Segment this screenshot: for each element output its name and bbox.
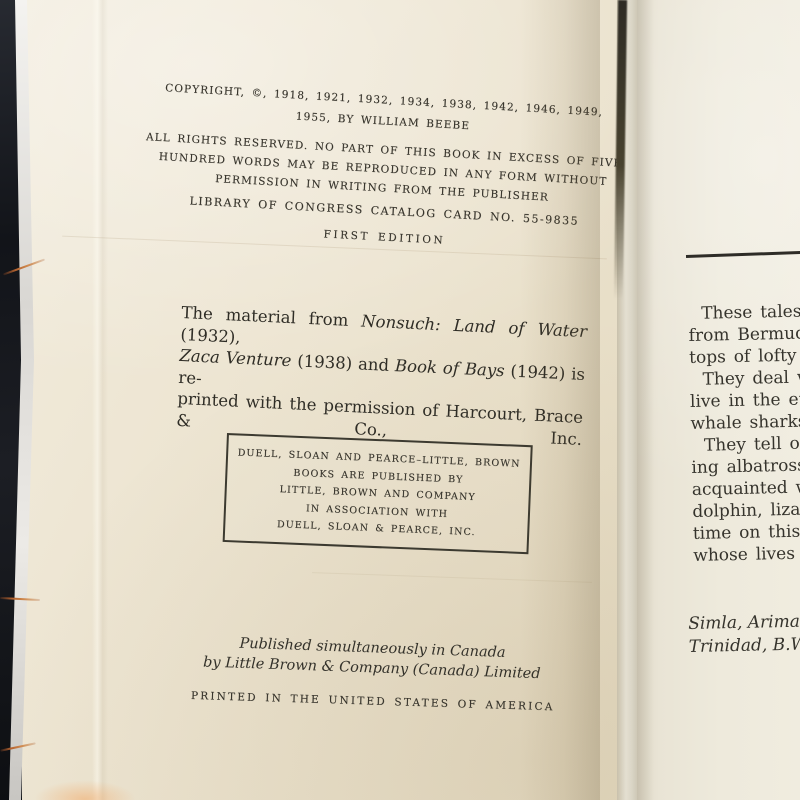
text-line-fragment: These tales co — [688, 300, 800, 325]
text-line-fragment: whose lives it is — [693, 542, 800, 567]
text-line-fragment: They tell of b — [691, 432, 800, 457]
text-line-fragment: tops of lofty jun — [689, 344, 800, 369]
text-line-fragment: live in the eter — [690, 388, 800, 413]
text-line-fragment: dolphin, lizard — [692, 498, 800, 523]
signature-line: Trinidad, B.W.I — [688, 632, 800, 658]
book-photo: COPYRIGHT, ©, 1918, 1921, 1932, 1934, 19… — [0, 0, 800, 800]
section-rule — [686, 251, 800, 258]
right-page: These tales cofrom Bermuda totops of lof… — [628, 0, 800, 800]
text-line-fragment: whale sharks in — [690, 410, 800, 435]
publisher-box: DUELL, SLOAN AND PEARCE–LITTLE, BROWNBOO… — [223, 433, 533, 554]
text-line-fragment: They deal wit — [689, 366, 800, 391]
signature-location: Simla, Arima VaTrinidad, B.W.I — [688, 610, 800, 658]
gutter-shadow-left — [520, 0, 600, 800]
paper-sheen — [92, 0, 108, 800]
signature-line: Simla, Arima Va — [688, 610, 800, 636]
introduction-text: These tales cofrom Bermuda totops of lof… — [688, 300, 800, 567]
text-line-fragment: from Bermuda to — [688, 322, 800, 347]
text-line-fragment: time on this goo — [693, 520, 800, 545]
text-line-fragment: ing albatrosses w — [691, 454, 800, 479]
corner-light-glow — [0, 755, 200, 800]
text-line-fragment: acquainted with — [692, 476, 800, 501]
